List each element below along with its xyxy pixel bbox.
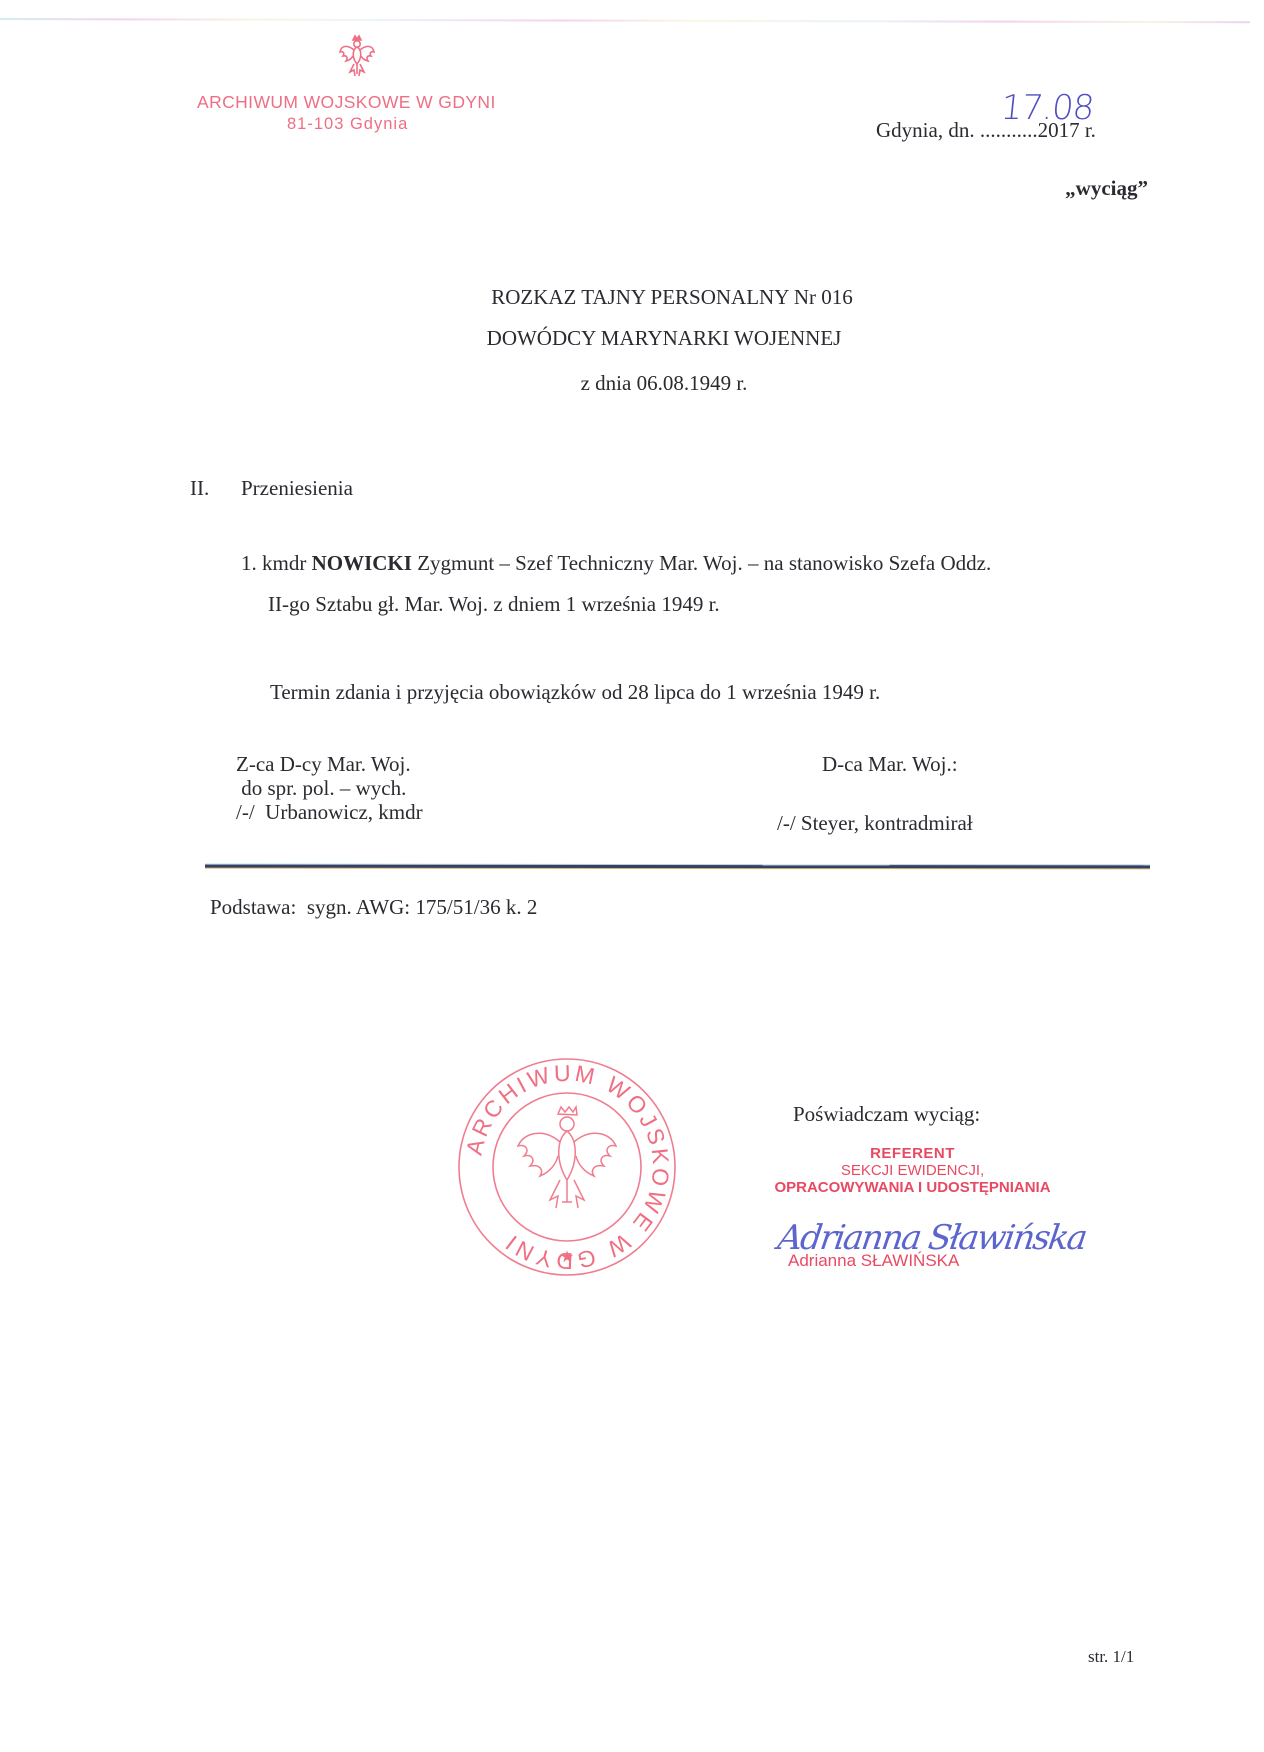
- signer-name: Adrianna SŁAWIŃSKA: [788, 1251, 959, 1271]
- list-item-continuation: II-go Sztabu gł. Mar. Woj. z dniem 1 wrz…: [268, 592, 720, 617]
- order-issuer: DOWÓDCY MARYNARKI WOJENNEJ: [32, 326, 1264, 351]
- page-number: str. 1/1: [1088, 1647, 1134, 1667]
- signature-left-subtitle: do spr. pol. – wych.: [236, 776, 423, 800]
- stamp-line-referent: REFERENT: [745, 1145, 1080, 1162]
- item-rank: kmdr: [262, 551, 306, 575]
- round-seal-eagle-icon: ARCHIWUM WOJSKOWE W GDYNI ★: [452, 1052, 682, 1282]
- section-number: II.: [190, 476, 209, 501]
- order-title: ROZKAZ TAJNY PERSONALNY Nr 016: [40, 285, 1264, 310]
- order-date: z dnia 06.08.1949 r.: [32, 371, 1264, 396]
- item-number: 1.: [241, 551, 257, 575]
- date-prefix: Gdynia, dn.: [876, 118, 975, 142]
- handover-term: Termin zdania i przyjęcia obowiązków od …: [270, 680, 880, 705]
- signature-left: Z-ca D-cy Mar. Woj. do spr. pol. – wych.…: [236, 752, 423, 824]
- archive-basis: Podstawa: sygn. AWG: 175/51/36 k. 2: [210, 895, 537, 920]
- signature-left-title: Z-ca D-cy Mar. Woj.: [236, 752, 423, 776]
- stamp-line-section: SEKCJI EWIDENCJI,: [745, 1162, 1080, 1179]
- institution-name: ARCHIWUM WOJSKOWE W GDYNI: [197, 92, 496, 113]
- stamp-line-department: OPRACOWYWANIA I UDOSTĘPNIANIA: [745, 1179, 1080, 1196]
- certification-label: Poświadczam wyciąg:: [793, 1102, 980, 1127]
- scan-artifact-line: [0, 18, 1250, 23]
- document-page: ARCHIWUM WOJSKOWE W GDYNI 81-103 Gdynia …: [0, 0, 1264, 1752]
- signature-right-title: D-ca Mar. Woj.:: [822, 752, 958, 777]
- handwritten-date: 17.08: [999, 88, 1096, 128]
- divider: [205, 865, 1150, 869]
- signature-right-name: /-/ Steyer, kontradmirał: [777, 811, 973, 836]
- polish-eagle-icon: [338, 34, 376, 80]
- section-title: Przeniesienia: [241, 476, 353, 501]
- referent-stamp: REFERENT SEKCJI EWIDENCJI, OPRACOWYWANIA…: [745, 1145, 1080, 1196]
- institution-address: 81-103 Gdynia: [287, 115, 408, 134]
- item-surname: NOWICKI: [312, 551, 412, 575]
- item-text: Zygmunt – Szef Techniczny Mar. Woj. – na…: [417, 551, 991, 575]
- svg-text:★: ★: [560, 1249, 574, 1266]
- list-item: 1. kmdr NOWICKI Zygmunt – Szef Techniczn…: [241, 551, 991, 576]
- document-date: Gdynia, dn. ...........2017 r. 17.08: [876, 118, 1096, 143]
- extract-label: „wyciąg”: [1065, 176, 1148, 201]
- signature-left-name: /-/ Urbanowicz, kmdr: [236, 800, 423, 824]
